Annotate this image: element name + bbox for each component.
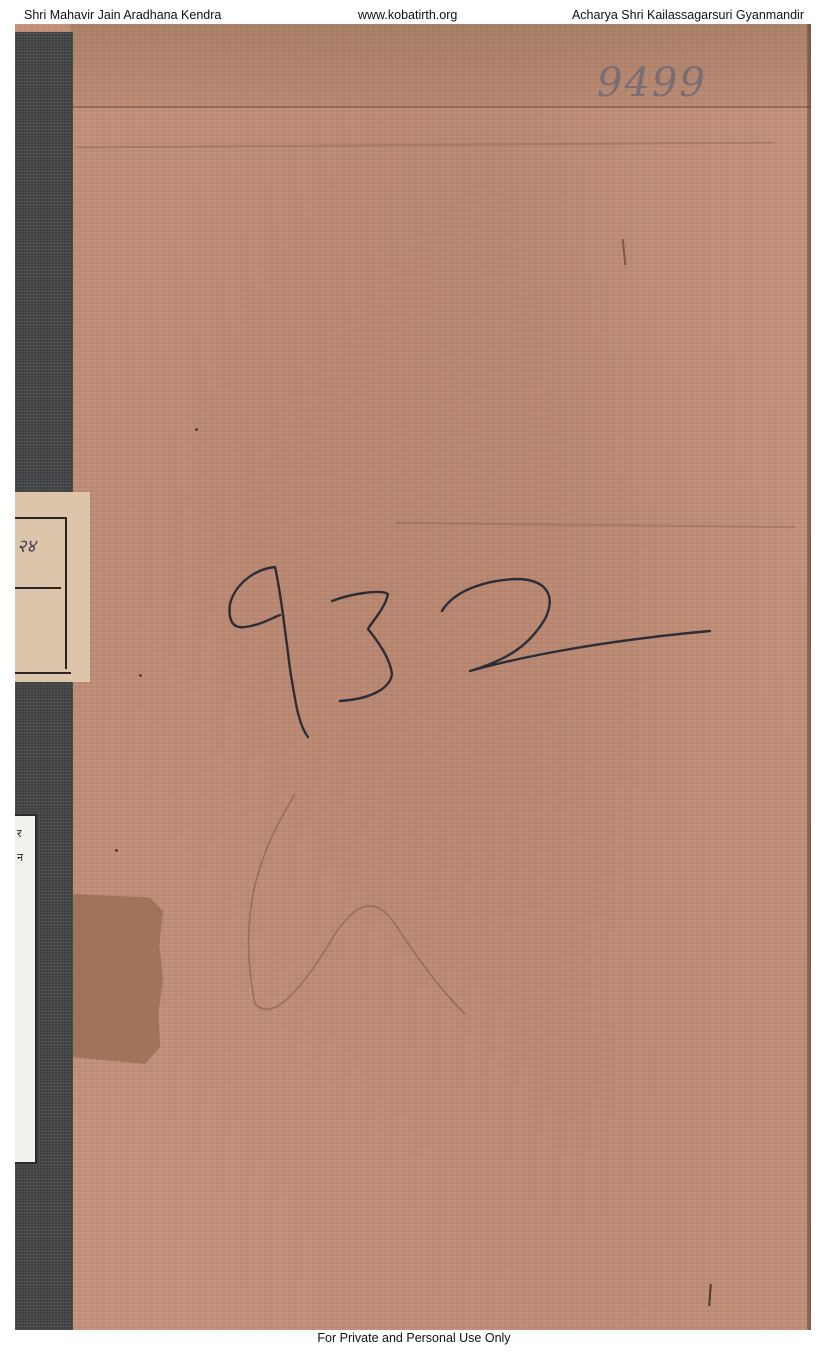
tape-patch: [73, 894, 163, 1064]
handwritten-accession-number: 9499: [597, 60, 707, 106]
handwritten-932-strokes: [220, 549, 720, 759]
page-footer: For Private and Personal Use Only: [0, 1331, 828, 1345]
faint-pencil-mark: [225, 784, 485, 1029]
page-header: Shri Mahavir Jain Aradhana Kendra www.ko…: [0, 0, 828, 24]
scanned-book-cover: 9499 २४ र न: [15, 24, 811, 1330]
label-rule: [65, 519, 67, 669]
spine-label-chars: र न: [17, 822, 23, 870]
spine-label-bottom: र न: [15, 814, 37, 1164]
spine-label-top: २४: [15, 492, 90, 682]
label-rule: [15, 587, 61, 589]
spine-char: र: [17, 822, 23, 846]
label-rule: [15, 672, 71, 674]
ink-speck: [195, 428, 198, 431]
header-publisher: Shri Mahavir Jain Aradhana Kendra: [24, 8, 221, 22]
handwritten-main-number: [220, 549, 720, 759]
spine-label-handwriting: २४: [17, 534, 36, 558]
cover-right-edge: [807, 24, 811, 1330]
spine-char: न: [17, 846, 23, 870]
ink-speck: [139, 674, 142, 677]
header-library: Acharya Shri Kailassagarsuri Gyanmandir: [572, 8, 804, 22]
pencil-scribble: [225, 784, 485, 1024]
header-website: www.kobatirth.org: [358, 8, 457, 22]
ink-speck: [115, 849, 118, 852]
label-rule: [15, 517, 67, 519]
